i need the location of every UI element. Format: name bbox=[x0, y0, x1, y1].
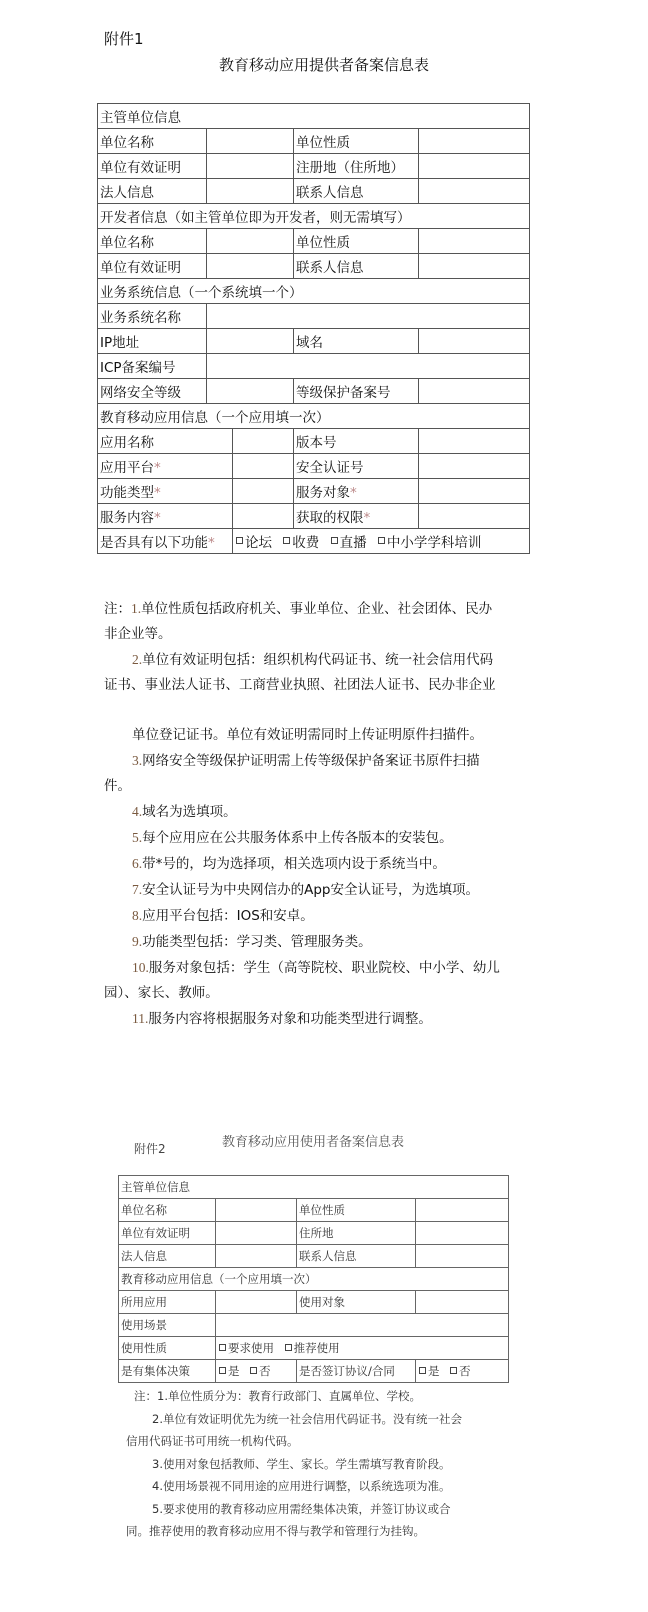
required-asterisk: * bbox=[364, 510, 371, 526]
label-function-type: 功能类型* bbox=[98, 479, 233, 504]
field-security-level[interactable] bbox=[207, 379, 294, 404]
table-row: 使用场景 bbox=[119, 1314, 509, 1337]
section-header-supervisor: 主管单位信息 bbox=[119, 1176, 509, 1199]
note-line: 4.使用场景视不同用途的应用进行调整，以系统选项为准。 bbox=[126, 1475, 516, 1498]
field-security-cert[interactable] bbox=[419, 454, 530, 479]
feature-option-charge[interactable]: 收费 bbox=[282, 531, 319, 551]
field-app-platform[interactable] bbox=[233, 454, 294, 479]
checkbox-icon[interactable] bbox=[283, 537, 290, 544]
label-contact-info: 联系人信息 bbox=[297, 1245, 416, 1268]
checkbox-icon[interactable] bbox=[219, 1344, 226, 1351]
field-app-name[interactable] bbox=[233, 429, 294, 454]
field-system-name[interactable] bbox=[207, 304, 530, 329]
required-asterisk: * bbox=[154, 485, 161, 501]
table-row: 单位名称 单位性质 bbox=[119, 1199, 509, 1222]
label-agreement-signed: 是否签订协议/合同 bbox=[297, 1360, 416, 1383]
agreement-signed-options: 是 否 bbox=[416, 1360, 509, 1383]
label-unit-name: 单位名称 bbox=[119, 1199, 216, 1222]
checkbox-icon[interactable] bbox=[285, 1344, 292, 1351]
field-service-target[interactable] bbox=[419, 479, 530, 504]
field-dev-unit-cert[interactable] bbox=[207, 254, 294, 279]
label-ip-address: IP地址 bbox=[98, 329, 207, 354]
table-row: 是有集体决策 是 否 是否签订协议/合同 是 否 bbox=[119, 1360, 509, 1383]
required-asterisk: * bbox=[208, 535, 215, 551]
table-row: 单位有效证明 注册地（住所地） bbox=[98, 154, 530, 179]
label-domain: 域名 bbox=[294, 329, 419, 354]
checkbox-icon[interactable] bbox=[331, 537, 338, 544]
note-line: 4.域名为选填项。 bbox=[104, 799, 524, 825]
label-unit-nature: 单位性质 bbox=[297, 1199, 416, 1222]
label-security-level: 网络安全等级 bbox=[98, 379, 207, 404]
field-legal-info[interactable] bbox=[216, 1245, 297, 1268]
checkbox-icon[interactable] bbox=[219, 1367, 226, 1374]
checkbox-icon[interactable] bbox=[378, 537, 385, 544]
label-reg-address: 注册地（住所地） bbox=[294, 154, 419, 179]
table-section-row: 主管单位信息 bbox=[98, 104, 530, 129]
field-permissions[interactable] bbox=[419, 504, 530, 529]
label-icp-number: ICP备案编号 bbox=[98, 354, 207, 379]
blank-spacer bbox=[104, 698, 524, 723]
attachment-2-title: 教育移动应用使用者备案信息表 bbox=[118, 1131, 508, 1150]
option-decision-yes[interactable]: 是 bbox=[218, 1363, 240, 1379]
label-use-nature: 使用性质 bbox=[119, 1337, 216, 1360]
label-app-name: 应用名称 bbox=[98, 429, 233, 454]
table-row: 是否具有以下功能* 论坛 收费 直播 中小学学科培训 bbox=[98, 529, 530, 554]
note-line: 3.使用对象包括教师、学生、家长。学生需填写教育阶段。 bbox=[126, 1453, 516, 1476]
note-line: 6.带*号的，均为选择项，相关选项内设于系统当中。 bbox=[104, 851, 524, 877]
table-row: 网络安全等级 等级保护备案号 bbox=[98, 379, 530, 404]
label-residence: 住所地 bbox=[297, 1222, 416, 1245]
note-line: 5.要求使用的教育移动应用需经集体决策，并签订协议或合 bbox=[126, 1498, 516, 1521]
note-line: 证书、事业法人证书、工商营业执照、社团法人证书、民办非企业 bbox=[104, 673, 524, 698]
section-header-supervisor: 主管单位信息 bbox=[98, 104, 530, 129]
field-unit-name[interactable] bbox=[216, 1199, 297, 1222]
option-decision-no[interactable]: 否 bbox=[249, 1363, 271, 1379]
note-line: 注：1.单位性质分为：教育行政部门、直属单位、学校。 bbox=[126, 1385, 516, 1408]
field-unit-nature[interactable] bbox=[419, 129, 530, 154]
features-options: 论坛 收费 直播 中小学学科培训 bbox=[233, 529, 530, 554]
field-unit-nature[interactable] bbox=[416, 1199, 509, 1222]
note-line: 单位登记证书。单位有效证明需同时上传证明原件扫描件。 bbox=[104, 723, 524, 748]
field-icp-number[interactable] bbox=[207, 354, 530, 379]
label-legal-info: 法人信息 bbox=[98, 179, 207, 204]
label-dev-unit-nature: 单位性质 bbox=[294, 229, 419, 254]
field-use-target[interactable] bbox=[416, 1291, 509, 1314]
note-line: 11.服务内容将根据服务对象和功能类型进行调整。 bbox=[104, 1006, 524, 1032]
field-residence[interactable] bbox=[416, 1222, 509, 1245]
label-app-version: 版本号 bbox=[294, 429, 419, 454]
section-header-system: 业务系统信息（一个系统填一个） bbox=[98, 279, 530, 304]
label-dev-unit-cert: 单位有效证明 bbox=[98, 254, 207, 279]
field-ip-address[interactable] bbox=[207, 329, 294, 354]
required-asterisk: * bbox=[154, 460, 161, 476]
provider-registration-table: 主管单位信息 单位名称 单位性质 单位有效证明 注册地（住所地） 法人信息 联系… bbox=[97, 103, 530, 554]
note-line: 2.单位有效证明包括：组织机构代码证书、统一社会信用代码 bbox=[104, 647, 524, 673]
field-use-scene[interactable] bbox=[216, 1314, 509, 1337]
attachment-1-title: 教育移动应用提供者备案信息表 bbox=[0, 54, 648, 75]
label-dev-unit-name: 单位名称 bbox=[98, 229, 207, 254]
collective-decision-options: 是 否 bbox=[216, 1360, 297, 1383]
table-row: 单位名称 单位性质 bbox=[98, 229, 530, 254]
label-unit-cert: 单位有效证明 bbox=[119, 1222, 216, 1245]
table-row: 业务系统名称 bbox=[98, 304, 530, 329]
field-unit-name[interactable] bbox=[207, 129, 294, 154]
field-service-content[interactable] bbox=[233, 504, 294, 529]
section-header-app: 教育移动应用信息（一个应用填一次） bbox=[119, 1268, 509, 1291]
label-protection-number: 等级保护备案号 bbox=[294, 379, 419, 404]
field-protection-number[interactable] bbox=[419, 379, 530, 404]
checkbox-icon[interactable] bbox=[250, 1367, 257, 1374]
label-system-name: 业务系统名称 bbox=[98, 304, 207, 329]
note-line: 园）、家长、教师。 bbox=[104, 981, 524, 1006]
field-dev-unit-nature[interactable] bbox=[419, 229, 530, 254]
field-reg-address[interactable] bbox=[419, 154, 530, 179]
table-row: 单位名称 单位性质 bbox=[98, 129, 530, 154]
table-row: 应用平台* 安全认证号 bbox=[98, 454, 530, 479]
table-row: 法人信息 联系人信息 bbox=[98, 179, 530, 204]
required-asterisk: * bbox=[154, 510, 161, 526]
attachment-1-label: 附件1 bbox=[104, 28, 144, 49]
option-agreement-no[interactable]: 否 bbox=[449, 1363, 471, 1379]
table-section-row: 开发者信息（如主管单位即为开发者，则无需填写） bbox=[98, 204, 530, 229]
table-row: ICP备案编号 bbox=[98, 354, 530, 379]
checkbox-icon[interactable] bbox=[419, 1367, 426, 1374]
table-row: 应用名称 版本号 bbox=[98, 429, 530, 454]
label-contact-info: 联系人信息 bbox=[294, 179, 419, 204]
label-features: 是否具有以下功能* bbox=[98, 529, 233, 554]
table-section-row: 教育移动应用信息（一个应用填一次） bbox=[98, 404, 530, 429]
label-dev-contact-info: 联系人信息 bbox=[294, 254, 419, 279]
note-line: 注：1.单位性质包括政府机关、事业单位、企业、社会团体、民办 bbox=[104, 596, 524, 622]
field-contact-info[interactable] bbox=[416, 1245, 509, 1268]
note-line: 同。推荐使用的教育移动应用不得与教学和管理行为挂钩。 bbox=[126, 1520, 516, 1543]
label-use-target: 使用对象 bbox=[297, 1291, 416, 1314]
note-line: 信用代码证书可用统一机构代码。 bbox=[126, 1430, 516, 1453]
attachment-1-notes: 注：1.单位性质包括政府机关、事业单位、企业、社会团体、民办 非企业等。 2.单… bbox=[104, 596, 524, 1032]
field-function-type[interactable] bbox=[233, 479, 294, 504]
use-nature-options: 要求使用 推荐使用 bbox=[216, 1337, 509, 1360]
option-agreement-yes[interactable]: 是 bbox=[418, 1363, 440, 1379]
note-line: 3.网络安全等级保护证明需上传等级保护备案证书原件扫描 bbox=[104, 748, 524, 774]
note-line: 10.服务对象包括：学生（高等院校、职业院校、中小学、幼儿 bbox=[104, 955, 524, 981]
label-app-platform: 应用平台* bbox=[98, 454, 233, 479]
feature-option-live[interactable]: 直播 bbox=[330, 531, 367, 551]
label-service-content: 服务内容* bbox=[98, 504, 233, 529]
note-line: 件。 bbox=[104, 774, 524, 799]
field-app-used[interactable] bbox=[216, 1291, 297, 1314]
feature-option-forum[interactable]: 论坛 bbox=[235, 531, 272, 551]
note-line: 5.每个应用应在公共服务体系中上传各版本的安装包。 bbox=[104, 825, 524, 851]
label-service-target: 服务对象* bbox=[294, 479, 419, 504]
feature-option-tutoring[interactable]: 中小学学科培训 bbox=[377, 531, 482, 551]
label-collective-decision: 是有集体决策 bbox=[119, 1360, 216, 1383]
field-unit-cert[interactable] bbox=[216, 1222, 297, 1245]
note-line: 8.应用平台包括：IOS和安卓。 bbox=[104, 903, 524, 929]
note-line: 7.安全认证号为中央网信办的App安全认证号，为选填项。 bbox=[104, 877, 524, 903]
field-dev-contact-info[interactable] bbox=[419, 254, 530, 279]
table-section-row: 主管单位信息 bbox=[119, 1176, 509, 1199]
label-permissions: 获取的权限* bbox=[294, 504, 419, 529]
table-row: 法人信息 联系人信息 bbox=[119, 1245, 509, 1268]
section-header-app: 教育移动应用信息（一个应用填一次） bbox=[98, 404, 530, 429]
section-header-developer: 开发者信息（如主管单位即为开发者，则无需填写） bbox=[98, 204, 530, 229]
user-registration-table: 主管单位信息 单位名称 单位性质 单位有效证明 住所地 法人信息 联系人信息 教… bbox=[118, 1175, 509, 1383]
table-row: 所用应用 使用对象 bbox=[119, 1291, 509, 1314]
field-legal-info[interactable] bbox=[207, 179, 294, 204]
table-row: 使用性质 要求使用 推荐使用 bbox=[119, 1337, 509, 1360]
label-unit-cert: 单位有效证明 bbox=[98, 154, 207, 179]
table-section-row: 业务系统信息（一个系统填一个） bbox=[98, 279, 530, 304]
label-use-scene: 使用场景 bbox=[119, 1314, 216, 1337]
field-app-version[interactable] bbox=[419, 429, 530, 454]
required-asterisk: * bbox=[350, 485, 357, 501]
label-security-cert: 安全认证号 bbox=[294, 454, 419, 479]
table-row: 服务内容* 获取的权限* bbox=[98, 504, 530, 529]
field-domain[interactable] bbox=[419, 329, 530, 354]
table-row: 单位有效证明 住所地 bbox=[119, 1222, 509, 1245]
label-unit-nature: 单位性质 bbox=[294, 129, 419, 154]
attachment-2-notes: 注：1.单位性质分为：教育行政部门、直属单位、学校。 2.单位有效证明优先为统一… bbox=[126, 1385, 516, 1543]
field-dev-unit-name[interactable] bbox=[207, 229, 294, 254]
field-contact-info[interactable] bbox=[419, 179, 530, 204]
note-line: 非企业等。 bbox=[104, 622, 524, 647]
table-row: 功能类型* 服务对象* bbox=[98, 479, 530, 504]
note-line: 9.功能类型包括：学习类、管理服务类。 bbox=[104, 929, 524, 955]
label-unit-name: 单位名称 bbox=[98, 129, 207, 154]
option-required-use[interactable]: 要求使用 bbox=[218, 1340, 274, 1356]
field-unit-cert[interactable] bbox=[207, 154, 294, 179]
table-section-row: 教育移动应用信息（一个应用填一次） bbox=[119, 1268, 509, 1291]
note-line: 2.单位有效证明优先为统一社会信用代码证书。没有统一社会 bbox=[126, 1408, 516, 1431]
label-app-used: 所用应用 bbox=[119, 1291, 216, 1314]
label-legal-info: 法人信息 bbox=[119, 1245, 216, 1268]
checkbox-icon[interactable] bbox=[450, 1367, 457, 1374]
option-recommended-use[interactable]: 推荐使用 bbox=[284, 1340, 340, 1356]
table-row: 单位有效证明 联系人信息 bbox=[98, 254, 530, 279]
table-row: IP地址 域名 bbox=[98, 329, 530, 354]
checkbox-icon[interactable] bbox=[236, 537, 243, 544]
